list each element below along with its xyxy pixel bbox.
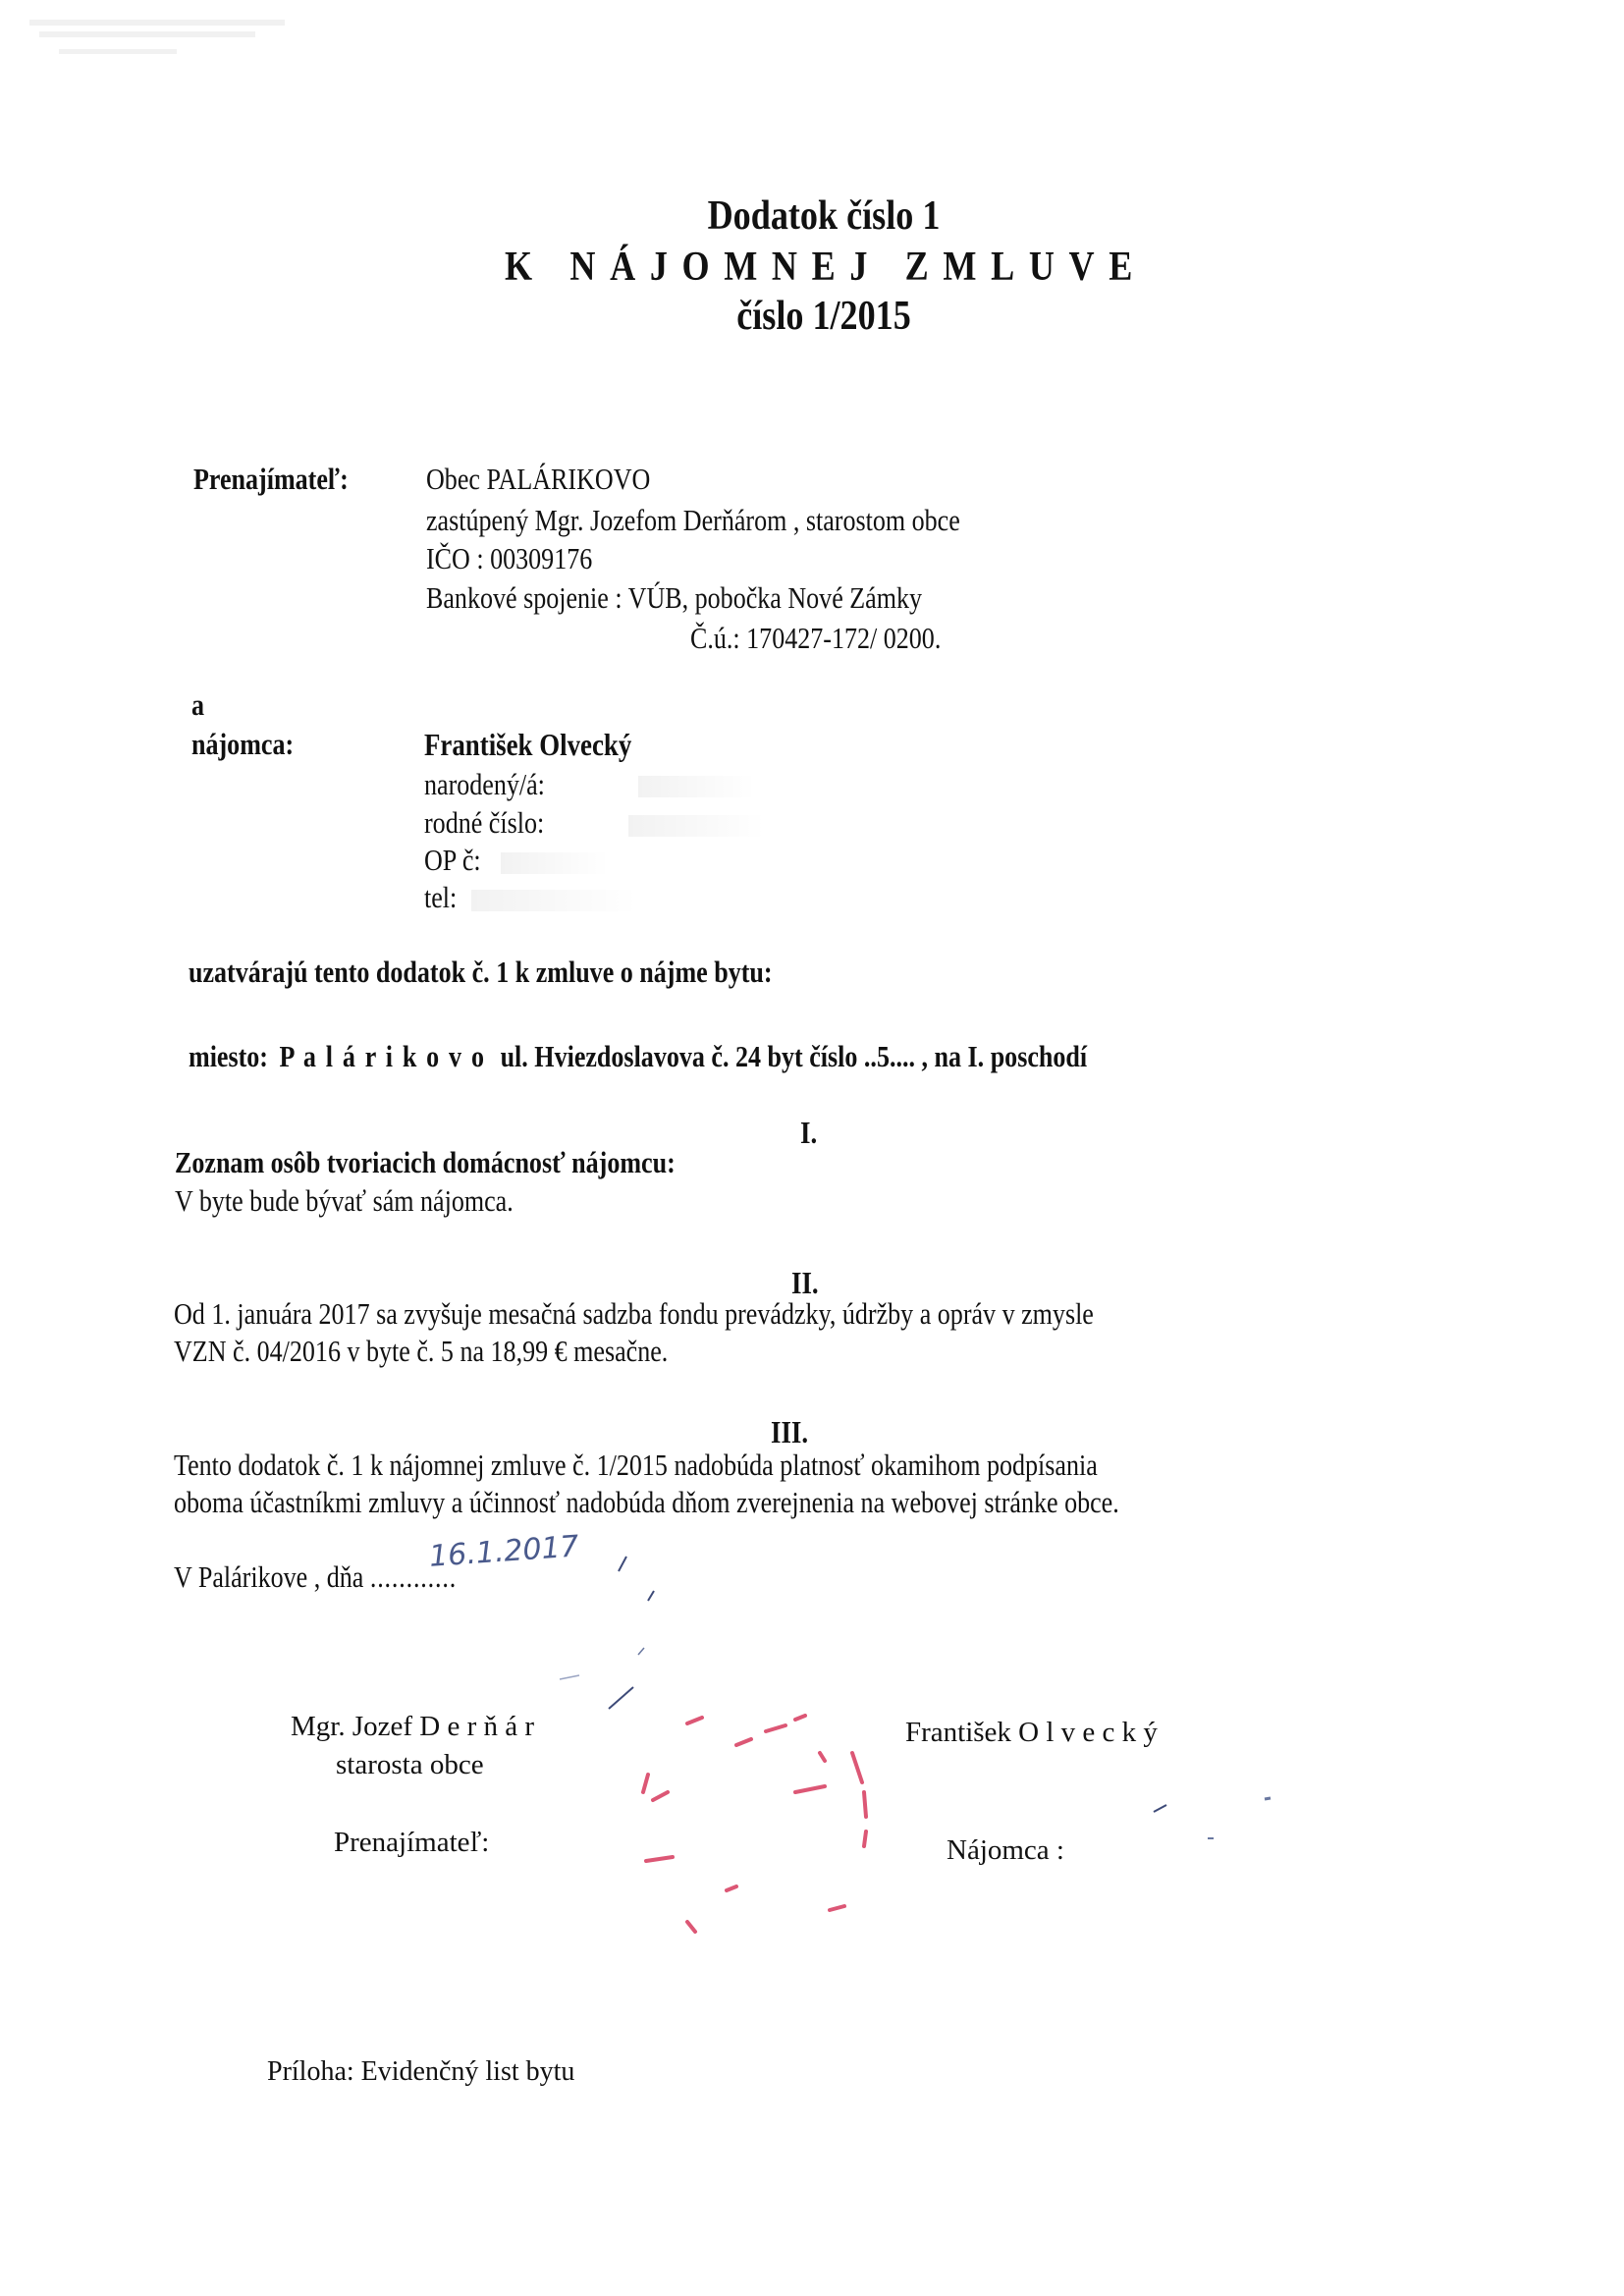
section-2-text-line1: Od 1. januára 2017 sa zvyšuje mesačná sa… xyxy=(174,1296,1094,1332)
tenant-born-label: narodený/á: xyxy=(424,767,545,802)
landlord-signatory-name: Mgr. Jozef D e r ň á r xyxy=(291,1711,534,1743)
landlord-bank: Bankové spojenie : VÚB, pobočka Nové Zám… xyxy=(426,580,922,616)
redacted-birth-date xyxy=(638,776,756,797)
contract-number: číslo 1/2015 xyxy=(126,293,1522,340)
section-1-text: V byte bude bývať sám nájomca. xyxy=(175,1183,514,1219)
redacted-id-card xyxy=(501,852,609,874)
location-town: P a l á r i k o v o xyxy=(280,1039,486,1073)
conjunction: a xyxy=(191,687,204,723)
tenant-signature xyxy=(1139,1787,1276,1866)
place-date-prefix: V Palárikove , dňa xyxy=(174,1559,363,1594)
landlord-ico: IČO : 00309176 xyxy=(426,541,592,576)
location-label: miesto: xyxy=(189,1039,268,1073)
tenant-birth-number-label: rodné číslo: xyxy=(424,805,544,841)
redacted-birth-number xyxy=(628,815,766,837)
section-1-number: I. xyxy=(800,1115,817,1151)
landlord-representative: zastúpený Mgr. Jozefom Derňárom , staros… xyxy=(426,503,960,538)
section-2-text-line2: VZN č. 04/2016 v byte č. 5 na 18,99 € me… xyxy=(174,1334,668,1369)
section-1-heading: Zoznam osôb tvoriacich domácnosť nájomcu… xyxy=(175,1145,676,1180)
section-3-text-line2: oboma účastníkmi zmluvy a účinnosť nadob… xyxy=(174,1485,1119,1520)
intro-text: uzatvárajú tento dodatok č. 1 k zmluve o… xyxy=(189,955,773,990)
landlord-account: Č.ú.: 170427-172/ 0200. xyxy=(690,621,941,656)
document-title: Dodatok číslo 1 xyxy=(126,192,1522,240)
tenant-phone-label: tel: xyxy=(424,880,457,915)
landlord-name: Obec PALÁRIKOVO xyxy=(426,462,650,497)
section-3-number: III. xyxy=(771,1414,808,1450)
attachment-note: Príloha: Evidenčný list bytu xyxy=(267,2056,574,2088)
section-3-text-line1: Tento dodatok č. 1 k nájomnej zmluve č. … xyxy=(174,1448,1098,1483)
landlord-label: Prenajímateľ: xyxy=(193,462,349,497)
landlord-role-label: Prenajímateľ: xyxy=(334,1827,489,1859)
tenant-name: František Olvecký xyxy=(424,727,631,763)
tenant-role-label: Nájomca : xyxy=(947,1834,1064,1867)
place-date-line: V Palárikove , dňa ............ xyxy=(174,1559,457,1595)
tenant-signatory-name: František O l v e c k ý xyxy=(905,1717,1158,1749)
location-line: miesto: P a l á r i k o v o ul. Hviezdos… xyxy=(189,1039,1087,1074)
redacted-phone xyxy=(471,890,638,911)
tenant-label: nájomca: xyxy=(191,727,294,762)
municipal-stamp xyxy=(628,1684,893,1949)
bleed-through-marks xyxy=(10,10,324,69)
location-address: ul. Hviezdoslavova č. 24 byt číslo ..5..… xyxy=(501,1039,1088,1073)
tenant-id-card-label: OP č: xyxy=(424,843,481,878)
document-subtitle: K NÁJOMNEJ ZMLUVE xyxy=(128,244,1524,291)
landlord-signatory-title: starosta obce xyxy=(336,1749,484,1781)
